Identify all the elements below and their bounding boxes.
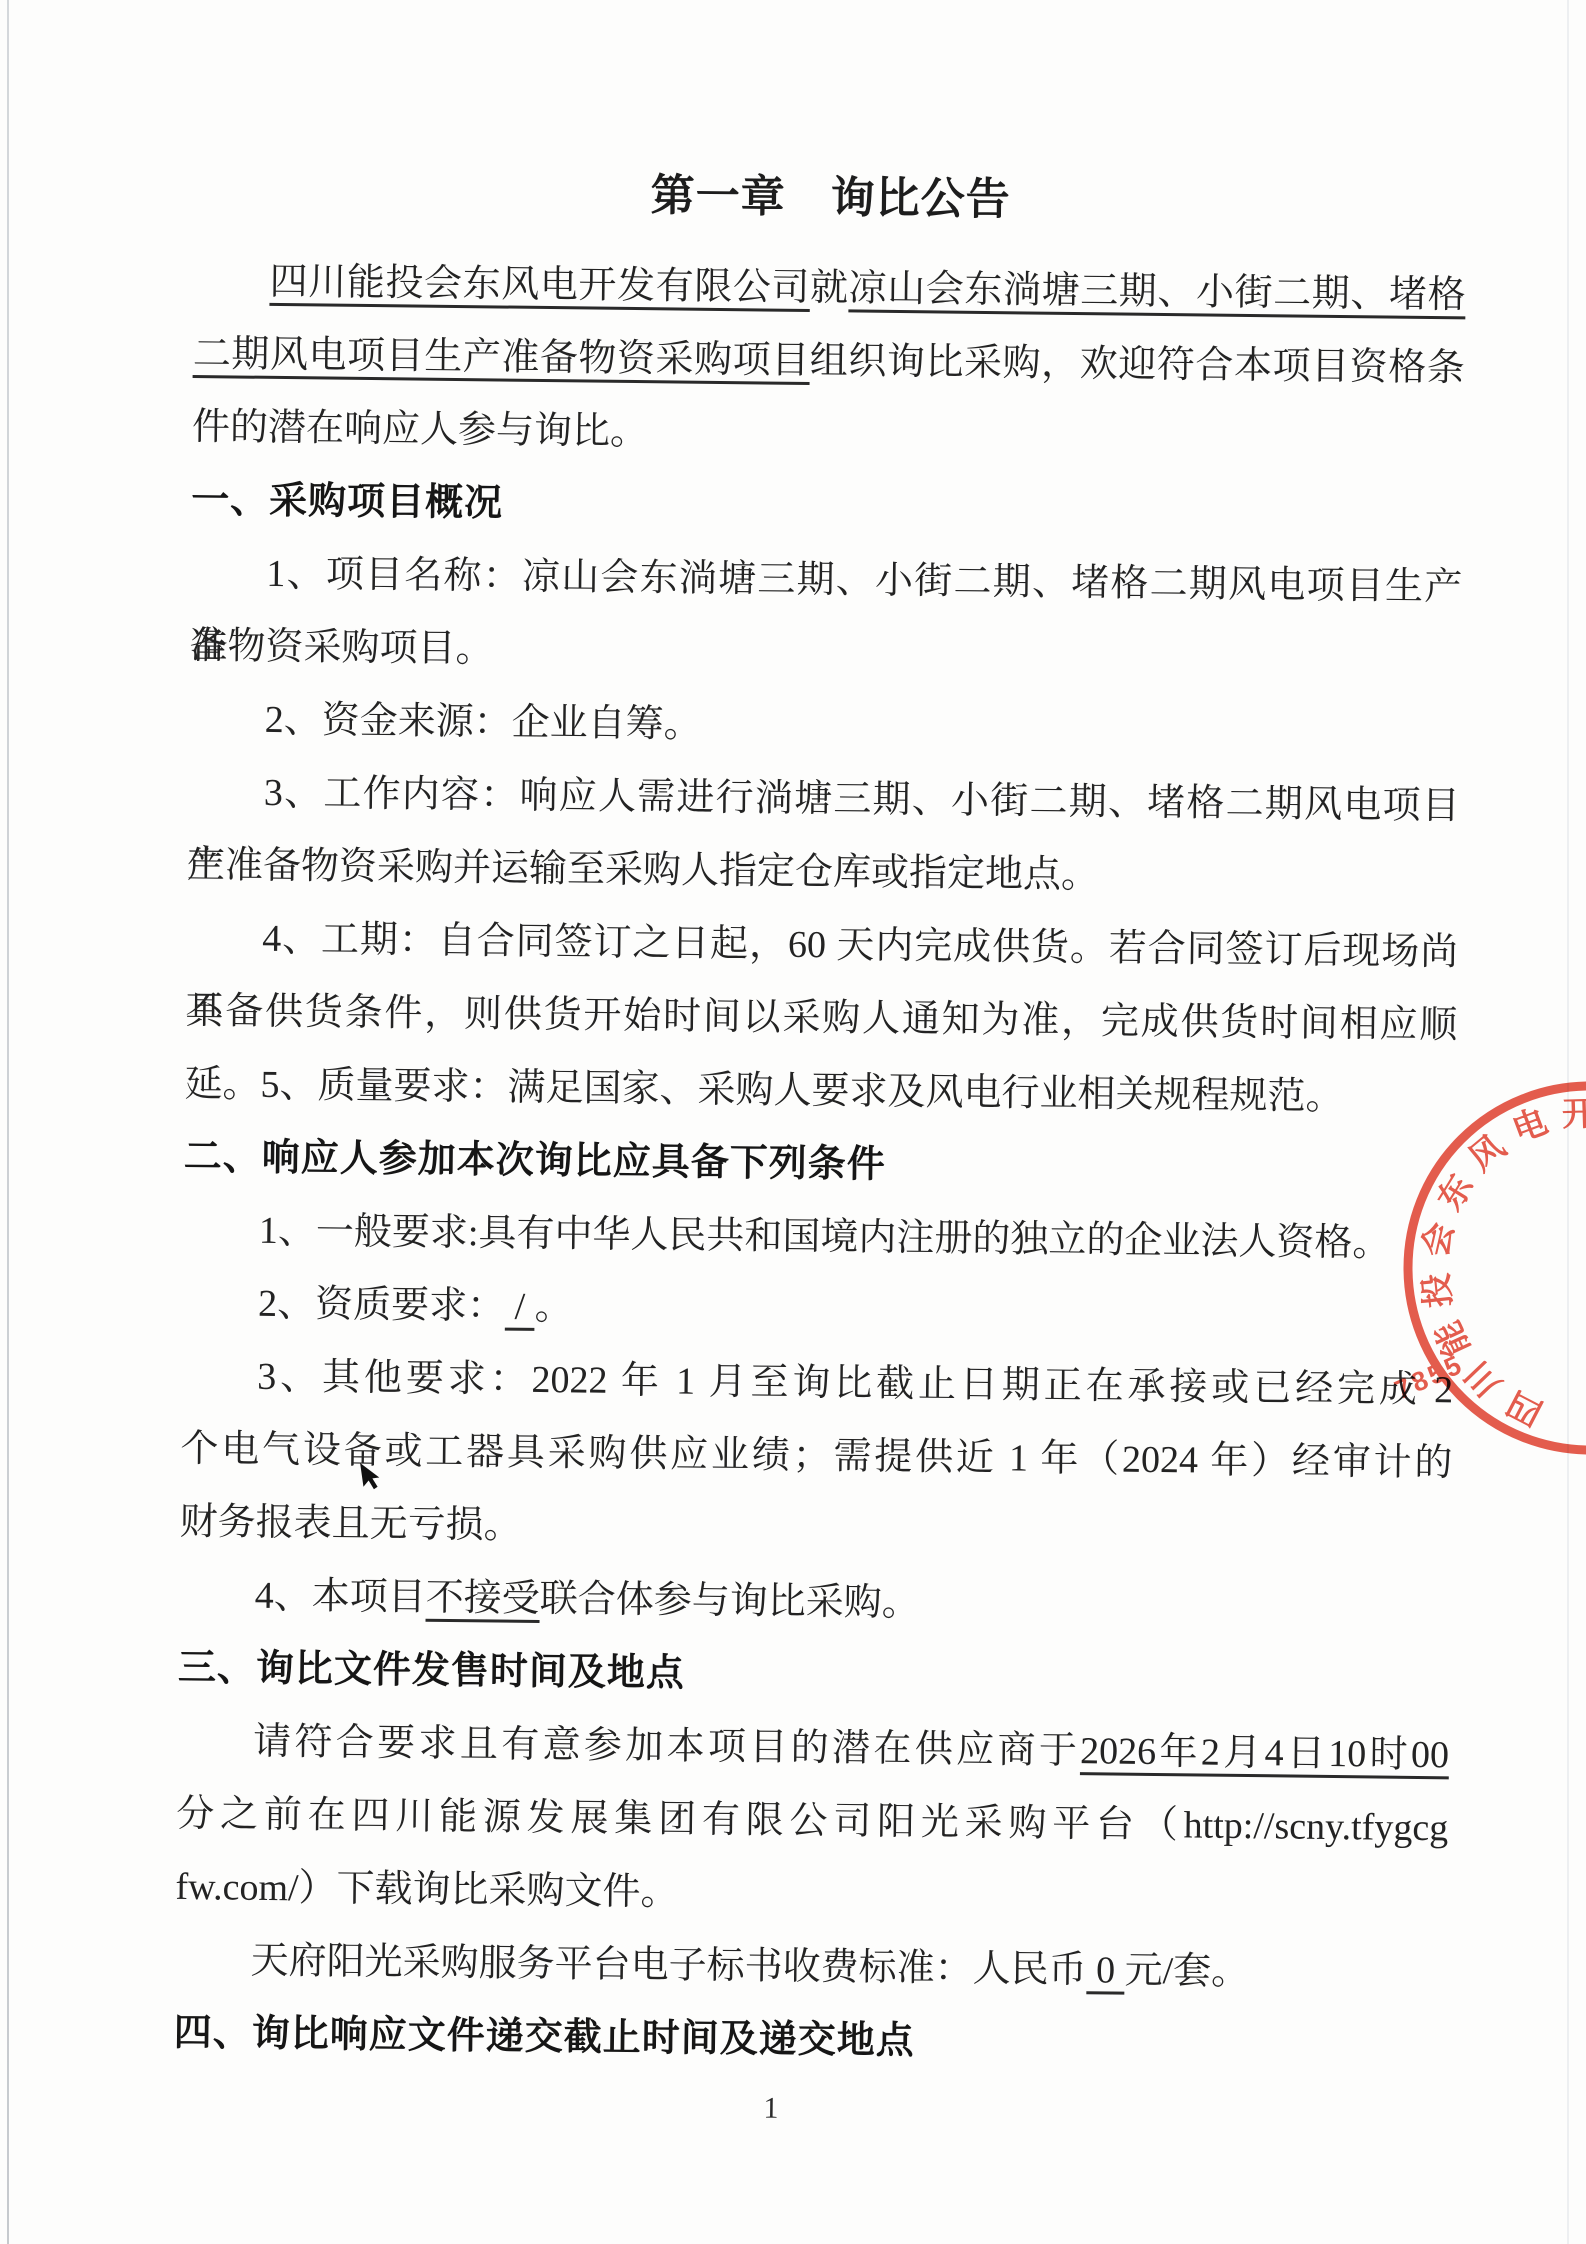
text-segment: 二、响应人参加本次询比应具备下列条件 [184, 1136, 886, 1186]
text-segment: 就 [810, 267, 849, 309]
text-segment: 产准备物资采购并运输至采购人指定仓库或指定地点。 [187, 844, 1099, 896]
underlined-text: 不接受 [426, 1577, 540, 1620]
text-segment: 1、一般要求:具有中华人民共和国境内注册的独立的企业法人资格。 [259, 1210, 1391, 1265]
page-edge-line-left [7, 0, 9, 2244]
underlined-text: / [505, 1286, 535, 1328]
text-segment: 4、本项目 [255, 1575, 426, 1619]
text-segment: 组织询比采购，欢迎符合本项目资格条 [810, 340, 1465, 389]
text-segment: 天府阳光采购服务平台电子标书收费标准：人民币 [250, 1940, 1086, 1991]
text-segment: 分之前在四川能源发展集团有限公司阳光采购平台（http://scny.tfygc… [176, 1793, 1448, 1849]
text-segment: 3、其他要求：2022 年 1 月至询比截止日期正在承接或已经完成 2 [257, 1356, 1453, 1412]
text-segment: 请符合要求且有意参加本项目的潜在供应商于 [253, 1721, 1081, 1772]
text-segment: 一、采购项目概况 [191, 479, 503, 525]
chapter-title: 第一章 询比公告 [194, 165, 1467, 231]
text-segment: 。 [534, 1286, 572, 1328]
text-segment: 2、资质要求： [258, 1283, 505, 1328]
underlined-text: 二期风电项目生产准备物资采购项目 [193, 333, 810, 382]
text-segment: 备物资采购项目。 [189, 625, 493, 670]
page-edge-line-right [1567, 0, 1569, 2244]
text-segment: 三、询比文件发售时间及地点 [178, 1647, 685, 1695]
text-segment: fw.com/）下载询比采购文件。 [175, 1866, 679, 1914]
text-segment: 元/套。 [1124, 1950, 1249, 1993]
underlined-text: 2026年2月4日10时00 [1080, 1730, 1449, 1776]
text-segment: 件的潜在响应人参与询比。 [192, 406, 648, 453]
document-content: 第一章 询比公告 四川能投会东风电开发有限公司就凉山会东淌塘三期、小街二期、堵格… [173, 165, 1467, 2134]
body-lines: 四川能投会东风电开发有限公司就凉山会东淌塘三期、小街二期、堵格二期风电项目生产准… [173, 245, 1466, 2084]
document-page: 第一章 询比公告 四川能投会东风电开发有限公司就凉山会东淌塘三期、小街二期、堵格… [0, 0, 1586, 2244]
underlined-text: 四川能投会东风电开发有限公司 [269, 261, 810, 309]
page-number: 1 [135, 2083, 1407, 2133]
text-segment: 联合体参与询比采购。 [540, 1578, 920, 1624]
text-segment: 5、质量要求：满足国家、采购人要求及风电行业相关规程规范。 [260, 1064, 1343, 1118]
mouse-cursor-icon [360, 1462, 382, 1497]
text-segment: 财务报表且无亏损。 [179, 1501, 521, 1547]
section-heading: 四、询比响应文件递交截止时间及递交地点 [173, 1997, 1446, 2084]
text-segment: 四、询比响应文件递交截止时间及递交地点 [174, 2012, 915, 2062]
underlined-text: 凉山会东淌塘三期、小街二期、堵格 [848, 267, 1465, 316]
underlined-text: 0 [1086, 1949, 1124, 1991]
text-segment: 2、资金来源：企业自筹。 [264, 699, 701, 746]
